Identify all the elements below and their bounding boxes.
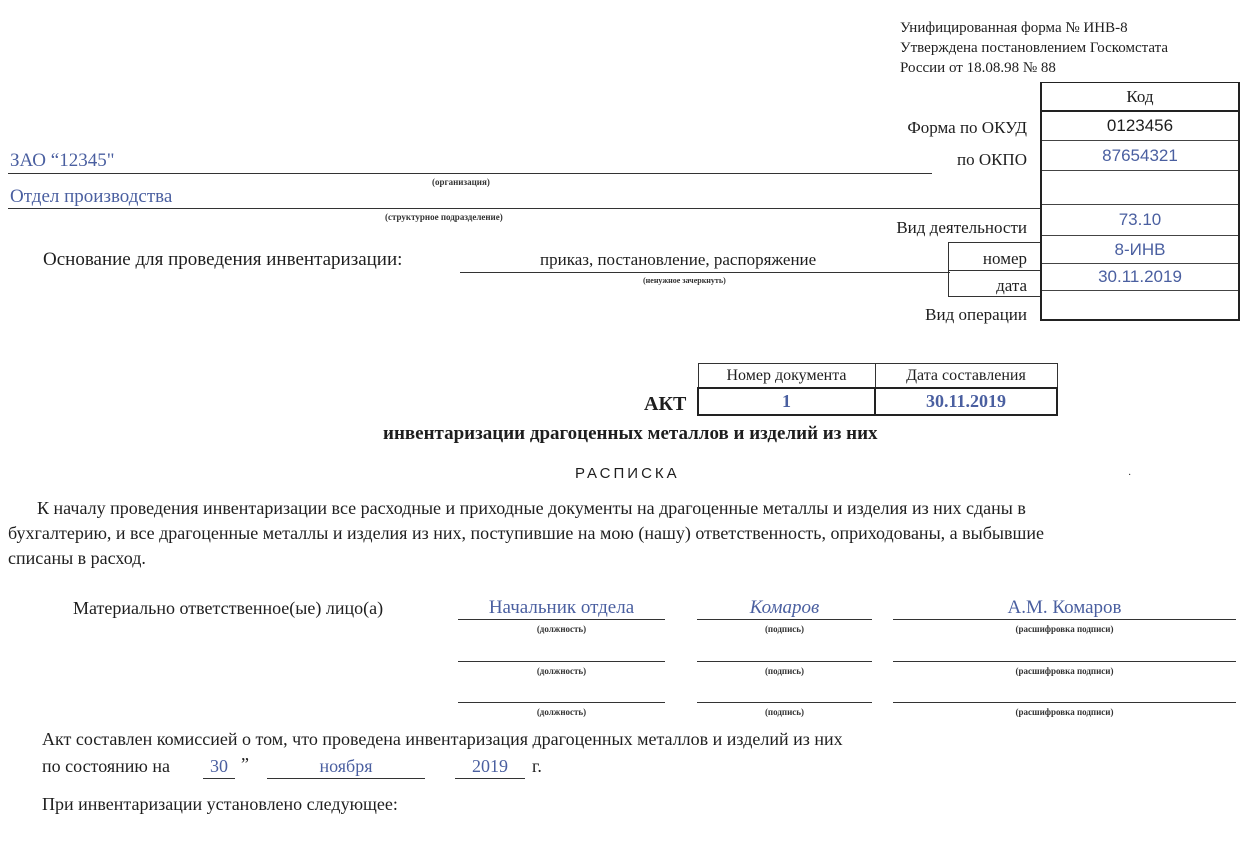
okud-label: Форма по ОКУД	[907, 118, 1027, 138]
dot-mark: ·	[1128, 470, 1131, 481]
organization-caption: (организация)	[432, 177, 490, 187]
number-label: номер	[983, 249, 1027, 269]
as-of-prefix: по состоянию на	[42, 756, 170, 777]
receipt-line-2: бухгалтерию, и все драгоценные металлы и…	[8, 523, 1044, 544]
receipt-line-1: К началу проведения инвентаризации все р…	[37, 498, 1026, 519]
document-date-header: Дата составления	[875, 364, 1057, 389]
activity-label: Вид деятельности	[896, 218, 1027, 238]
form-header: Унифицированная форма № ИНВ-8 Утверждена…	[900, 18, 1168, 78]
position-caption-1: (должность)	[458, 624, 665, 634]
okpo-label: по ОКПО	[957, 150, 1027, 170]
year-line	[455, 778, 525, 779]
as-of-day[interactable]: 30	[203, 756, 235, 777]
position-line-2[interactable]	[458, 661, 665, 662]
okud-value: 0123456	[1042, 110, 1238, 140]
responsible-name-1[interactable]: А.М. Комаров	[893, 597, 1236, 619]
code-table: Код 0123456 87654321 73.10 8-ИНВ 30.11.2…	[1040, 82, 1240, 321]
basis-value[interactable]: приказ, постановление, распоряжение	[540, 250, 816, 270]
form-approval-date-line: России от 18.08.98 № 88	[900, 58, 1168, 78]
act-statement-line: Акт составлен комиссией о том, что прове…	[42, 729, 843, 750]
date-label: дата	[996, 276, 1027, 296]
basis-caption: (ненужное зачеркнуть)	[643, 276, 726, 285]
operation-value[interactable]	[1042, 290, 1238, 319]
name-line-1	[893, 619, 1236, 620]
organization-line	[8, 173, 932, 174]
name-line-3[interactable]	[893, 702, 1236, 703]
department-line	[8, 208, 1040, 209]
signature-line-3[interactable]	[697, 702, 872, 703]
form-number-line: Унифицированная форма № ИНВ-8	[900, 18, 1168, 38]
operation-label: Вид операции	[925, 305, 1027, 325]
position-line-3[interactable]	[458, 702, 665, 703]
name-caption-3: (расшифровка подписи)	[893, 707, 1236, 717]
day-line	[203, 778, 235, 779]
signature-caption-3: (подпись)	[697, 707, 872, 717]
act-label: АКТ	[644, 393, 686, 416]
as-of-year[interactable]: 2019	[455, 756, 525, 777]
document-number-header: Номер документа	[698, 364, 875, 389]
receipt-title: РАСПИСКА	[575, 465, 680, 482]
blank-code-value[interactable]	[1042, 170, 1238, 204]
code-header: Код	[1042, 83, 1238, 110]
basis-label: Основание для проведения инвентаризации:	[43, 249, 402, 271]
name-caption-1: (расшифровка подписи)	[893, 624, 1236, 634]
name-line-2[interactable]	[893, 661, 1236, 662]
position-caption-3: (должность)	[458, 707, 665, 717]
year-suffix: г.	[532, 756, 542, 777]
quote-mark: ”	[241, 754, 249, 775]
responsible-label: Материально ответственное(ые) лицо(а)	[73, 598, 383, 619]
responsible-position-1[interactable]: Начальник отдела	[458, 597, 665, 619]
date-value[interactable]: 30.11.2019	[1042, 263, 1238, 290]
document-table: Номер документа Дата составления 1 30.11…	[697, 363, 1058, 416]
organization-value[interactable]: ЗАО “12345"	[10, 150, 114, 172]
department-caption: (структурное подразделение)	[385, 212, 503, 222]
receipt-line-3: списаны в расход.	[8, 548, 146, 569]
activity-value[interactable]: 73.10	[1042, 204, 1238, 235]
position-line-1	[458, 619, 665, 620]
position-caption-2: (должность)	[458, 666, 665, 676]
month-line	[267, 778, 425, 779]
signature-line-2[interactable]	[697, 661, 872, 662]
okpo-value[interactable]: 87654321	[1042, 140, 1238, 170]
number-value[interactable]: 8-ИНВ	[1042, 235, 1238, 263]
name-caption-2: (расшифровка подписи)	[893, 666, 1236, 676]
document-number-value[interactable]: 1	[698, 388, 875, 415]
department-value[interactable]: Отдел производства	[10, 186, 172, 208]
basis-line	[460, 272, 950, 273]
responsible-signature-1[interactable]: Комаров	[697, 597, 872, 619]
document-subtitle: инвентаризации драгоценных металлов и из…	[383, 423, 878, 445]
signature-caption-1: (подпись)	[697, 624, 872, 634]
as-of-month[interactable]: ноября	[267, 756, 425, 777]
document-date-value[interactable]: 30.11.2019	[875, 388, 1057, 415]
form-approval-line: Утверждена постановлением Госкомстата	[900, 38, 1168, 58]
signature-line-1	[697, 619, 872, 620]
inventory-result-label: При инвентаризации установлено следующее…	[42, 794, 398, 815]
signature-caption-2: (подпись)	[697, 666, 872, 676]
number-date-divider	[948, 270, 1040, 271]
